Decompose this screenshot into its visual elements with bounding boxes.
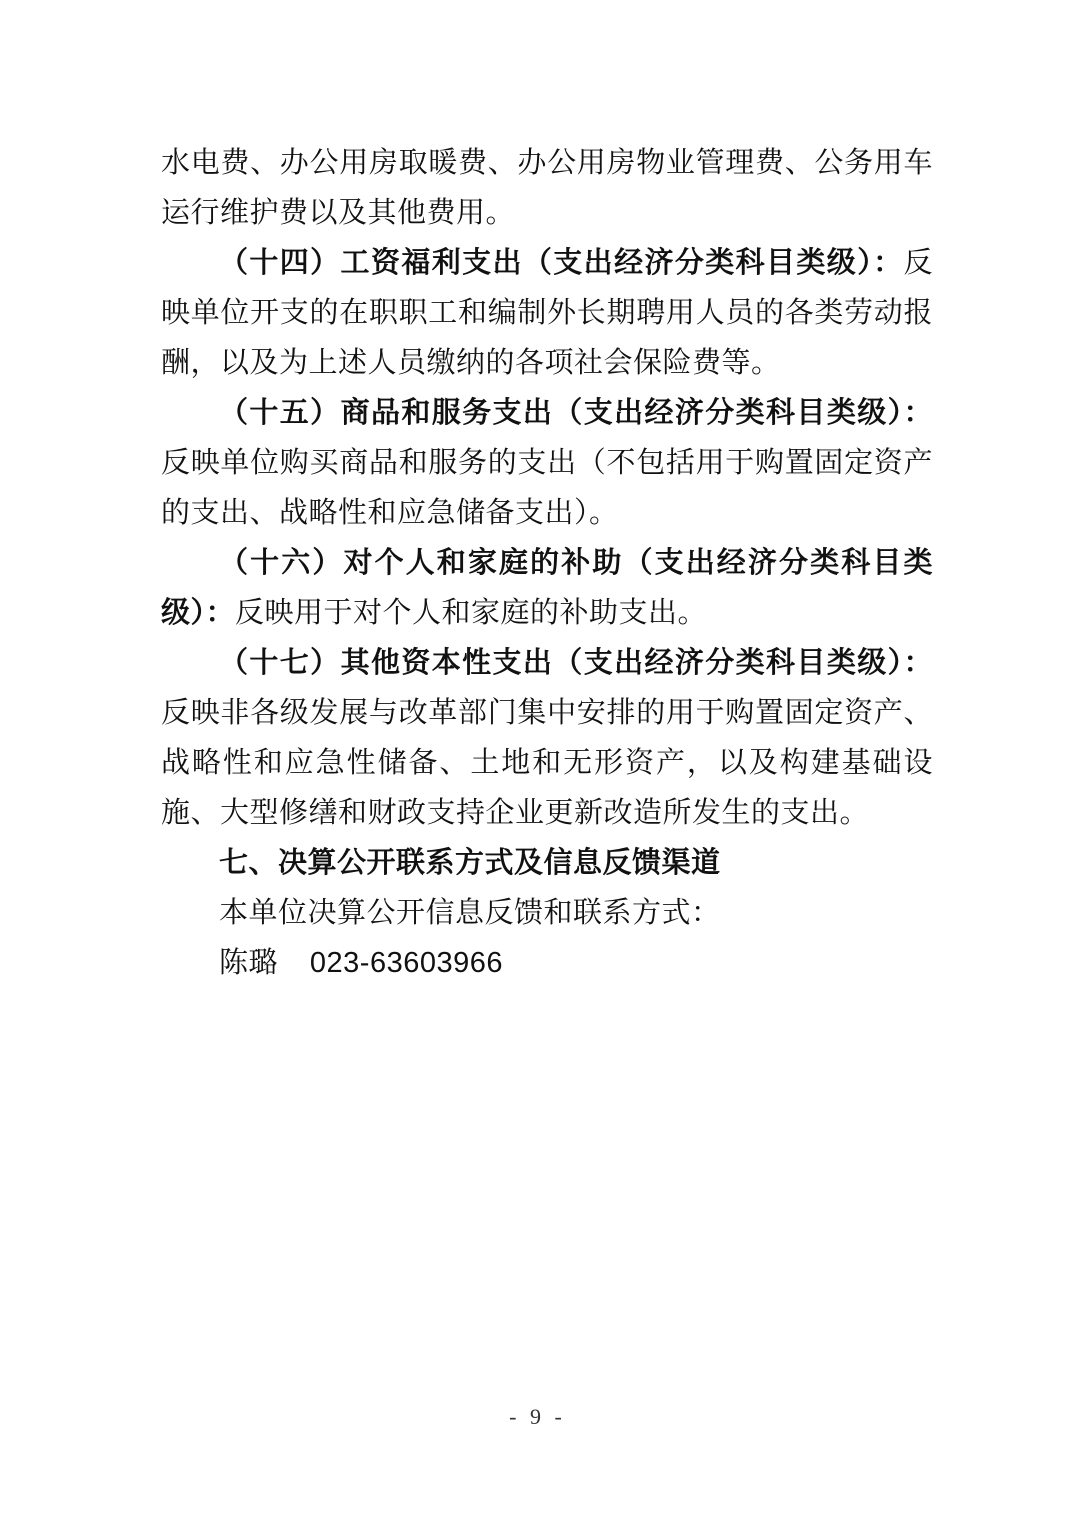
paragraph-contact-intro: 本单位决算公开信息反馈和联系方式： [161, 888, 933, 938]
section-heading-text: 七、决算公开联系方式及信息反馈渠道 [219, 847, 721, 879]
contact-name: 陈璐 [219, 947, 278, 979]
page-number: - 9 - [509, 1404, 566, 1429]
item-17-body: 反映非各级发展与改革部门集中安排的用于购置固定资产、战略性和应急性储备、土地和无… [161, 697, 933, 829]
item-15-label: （十五）商品和服务支出（支出经济分类科目类级）： [219, 397, 933, 429]
item-15-body: 反映单位购买商品和服务的支出（不包括用于购置固定资产的支出、战略性和应急储备支出… [161, 447, 933, 529]
paragraph-utilities-continuation: 水电费、办公用房取暖费、办公用房物业管理费、公务用车运行维护费以及其他费用。 [161, 138, 933, 238]
paragraph-text: 水电费、办公用房取暖费、办公用房物业管理费、公务用车运行维护费以及其他费用。 [161, 147, 933, 229]
paragraph-item-16-subsidies: （十六）对个人和家庭的补助（支出经济分类科目类级）：反映用于对个人和家庭的补助支… [161, 538, 933, 638]
contact-phone: 023-63603966 [310, 947, 503, 979]
paragraph-item-14-wage-benefits: （十四）工资福利支出（支出经济分类科目类级）：反映单位开支的在职职工和编制外长期… [161, 238, 933, 388]
section-7-heading: 七、决算公开联系方式及信息反馈渠道 [161, 838, 933, 888]
page-content: 水电费、办公用房取暖费、办公用房物业管理费、公务用车运行维护费以及其他费用。 （… [161, 138, 933, 988]
paragraph-item-17-capital-expenditure: （十七）其他资本性支出（支出经济分类科目类级）：反映非各级发展与改革部门集中安排… [161, 638, 933, 838]
item-17-label: （十七）其他资本性支出（支出经济分类科目类级）： [219, 647, 933, 679]
contact-intro-text: 本单位决算公开信息反馈和联系方式： [219, 897, 721, 929]
paragraph-contact-info: 陈璐023-63603966 [161, 938, 933, 988]
item-16-body: 反映用于对个人和家庭的补助支出。 [235, 597, 707, 629]
item-14-label: （十四）工资福利支出（支出经济分类科目类级）： [219, 247, 903, 279]
document-page: 水电费、办公用房取暖费、办公用房物业管理费、公务用车运行维护费以及其他费用。 （… [0, 0, 1075, 1520]
paragraph-item-15-goods-services: （十五）商品和服务支出（支出经济分类科目类级）：反映单位购买商品和服务的支出（不… [161, 388, 933, 538]
page-footer: - 9 - [0, 1404, 1075, 1430]
